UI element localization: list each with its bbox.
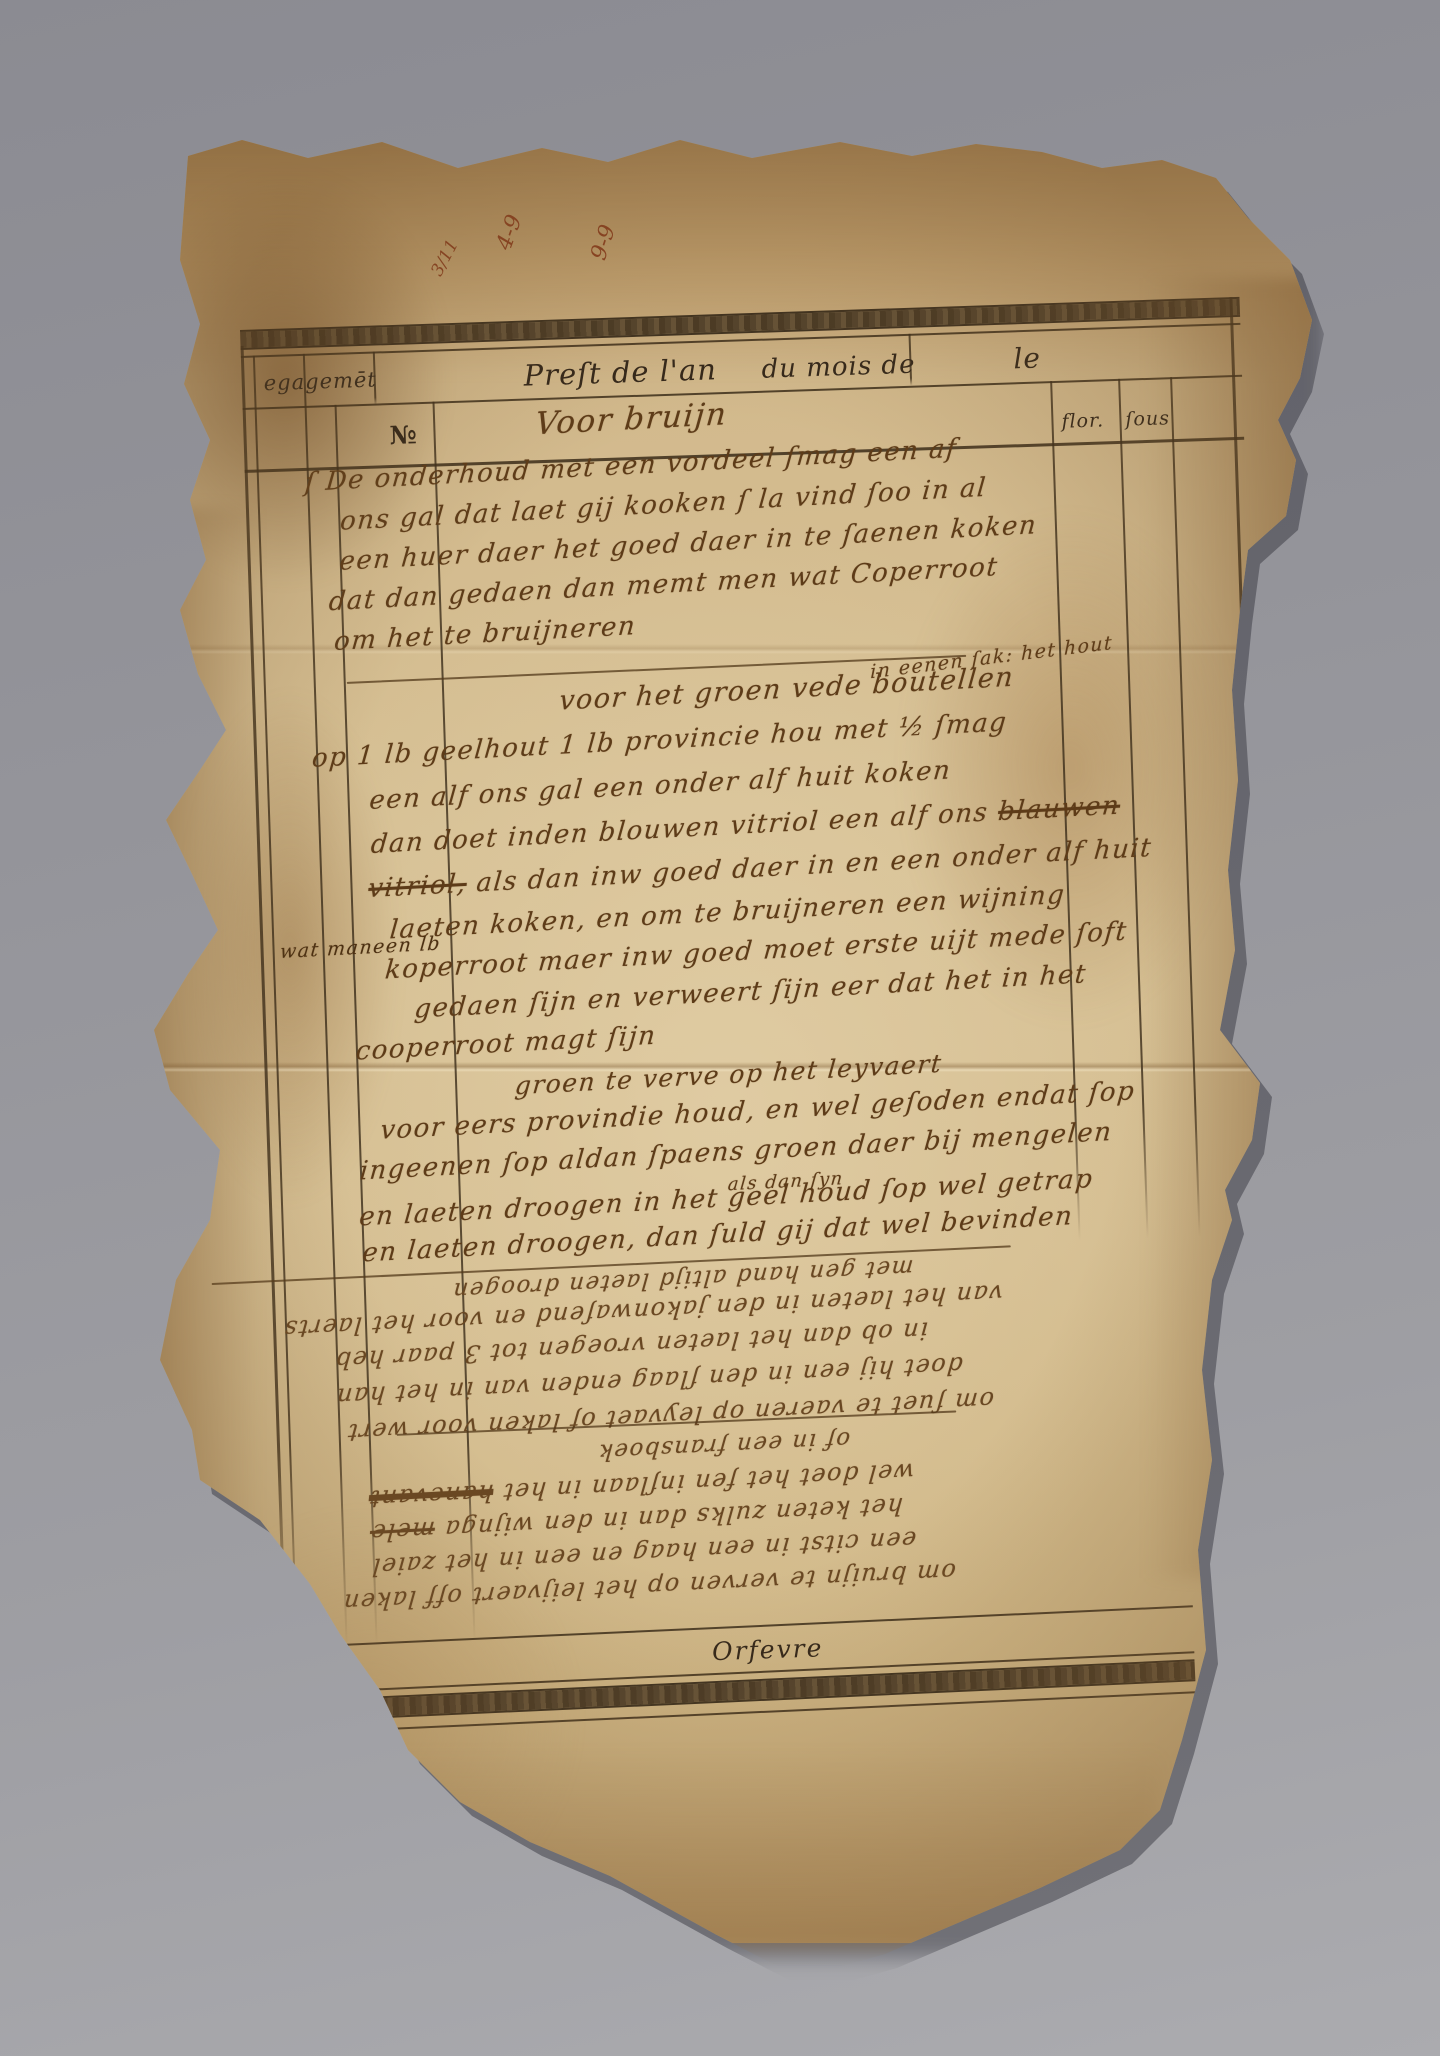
photo-background: 3/11 4-9 9-9 egagemēt Preſt de l	[0, 0, 1440, 2056]
paper-edge-vignette	[140, 128, 1315, 1943]
document-paper: 3/11 4-9 9-9 egagemēt Preſt de l	[140, 128, 1315, 1943]
